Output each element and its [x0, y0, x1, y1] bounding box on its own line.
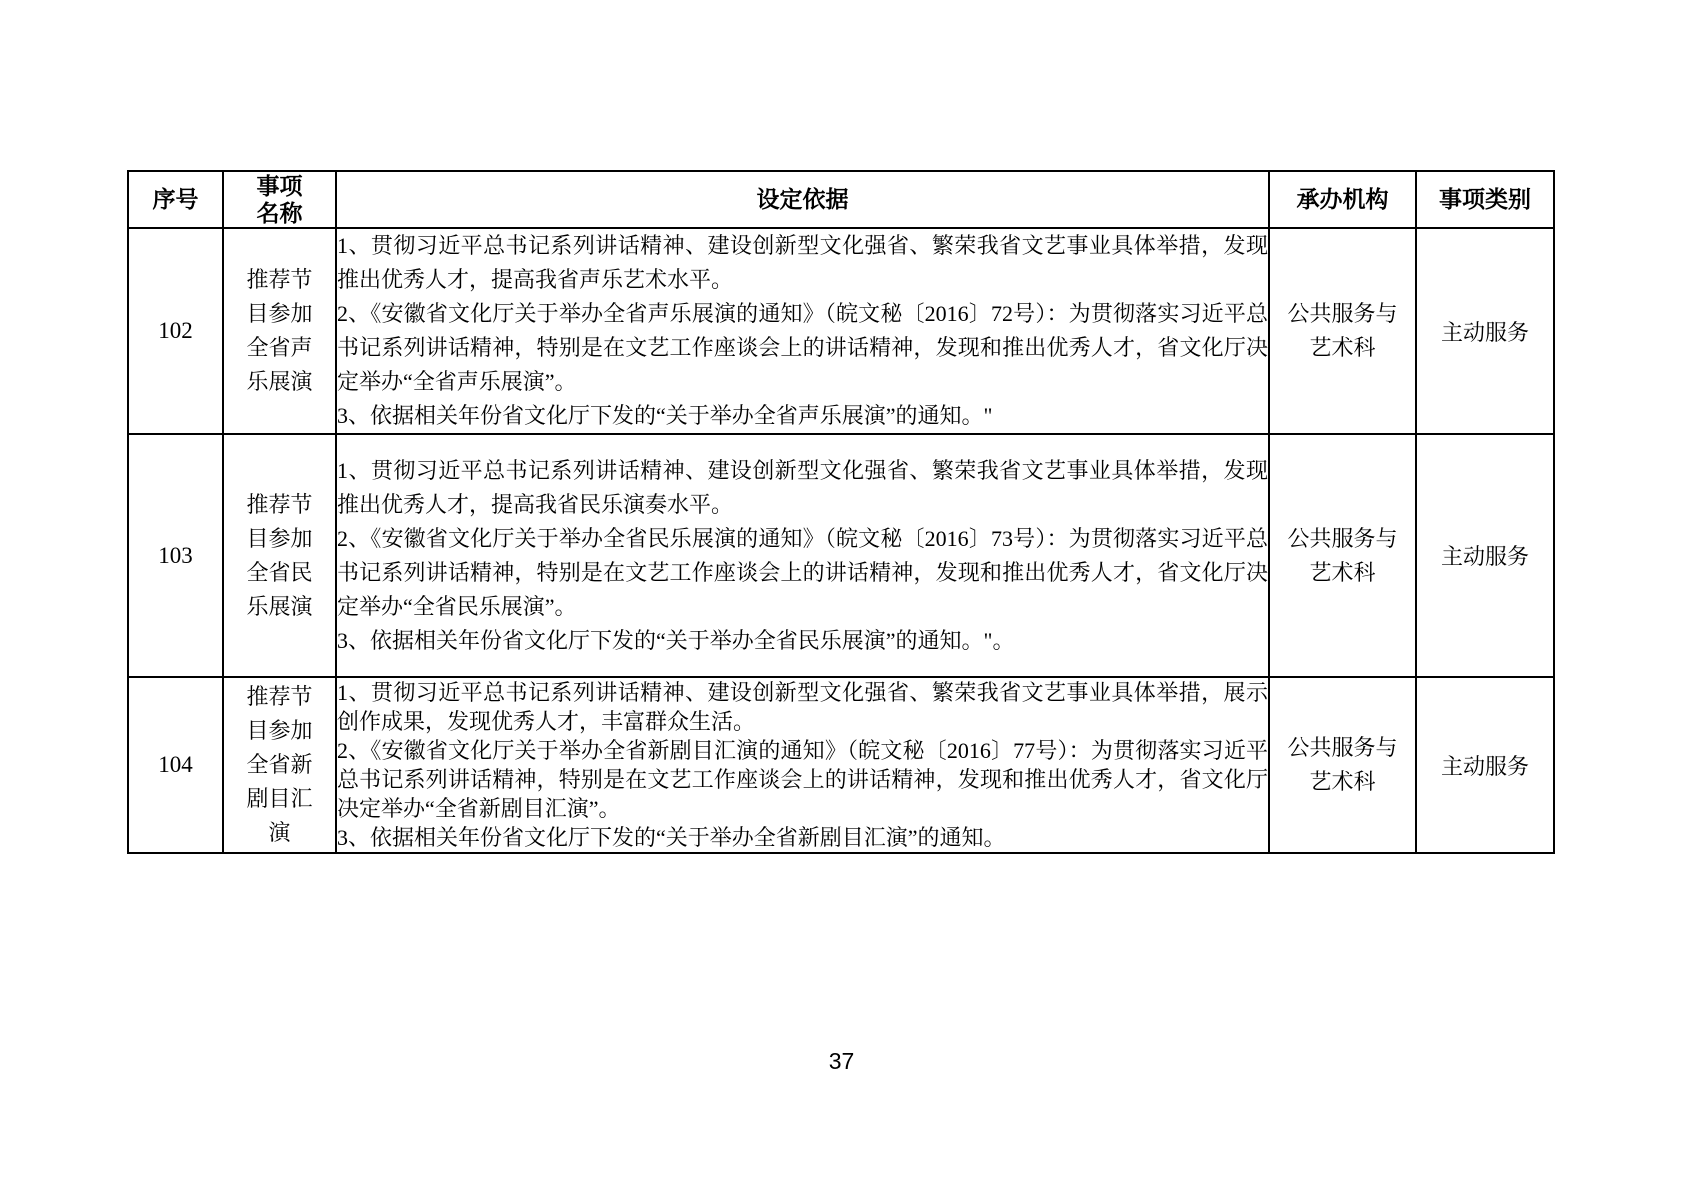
- basis-item-2: 2、《安徽省文化厅关于举办全省新剧目汇演的通知》（皖文秘〔2016〕77号）：为…: [337, 736, 1268, 823]
- row-basis: 1、贯彻习近平总书记系列讲话精神、建设创新型文化强省、繁荣我省文艺事业具体举措，…: [336, 434, 1269, 677]
- item-name-text: 推荐节目参加全省民乐展演: [245, 488, 315, 624]
- row-org: 公共服务与艺术科: [1269, 228, 1416, 434]
- basis-item-1: 1、贯彻习近平总书记系列讲话精神、建设创新型文化强省、繁荣我省文艺事业具体举措，…: [337, 678, 1268, 736]
- basis-item-3: 3、依据相关年份省文化厅下发的“关于举办全省声乐展演”的通知。": [337, 399, 1268, 433]
- table-header-row: 序号 事项名称 设定依据 承办机构 事项类别: [128, 171, 1554, 228]
- basis-item-1: 1、贯彻习近平总书记系列讲话精神、建设创新型文化强省、繁荣我省文艺事业具体举措，…: [337, 454, 1268, 522]
- row-category: 主动服务: [1416, 677, 1554, 853]
- header-item-name-label: 事项名称: [254, 173, 306, 227]
- row-index: 103: [128, 434, 223, 677]
- page-number: 37: [0, 1048, 1683, 1075]
- table-row: 102 推荐节目参加全省声乐展演 1、贯彻习近平总书记系列讲话精神、建设创新型文…: [128, 228, 1554, 434]
- basis-item-3: 3、依据相关年份省文化厅下发的“关于举办全省民乐展演”的通知。"。: [337, 624, 1268, 658]
- org-text: 公共服务与艺术科: [1286, 297, 1400, 365]
- row-basis: 1、贯彻习近平总书记系列讲话精神、建设创新型文化强省、繁荣我省文艺事业具体举措，…: [336, 228, 1269, 434]
- org-text: 公共服务与艺术科: [1286, 522, 1400, 590]
- table-row: 103 推荐节目参加全省民乐展演 1、贯彻习近平总书记系列讲话精神、建设创新型文…: [128, 434, 1554, 677]
- row-item-name: 推荐节目参加全省声乐展演: [223, 228, 336, 434]
- header-basis: 设定依据: [336, 171, 1269, 228]
- row-org: 公共服务与艺术科: [1269, 434, 1416, 677]
- row-category: 主动服务: [1416, 228, 1554, 434]
- row-index: 104: [128, 677, 223, 853]
- org-text: 公共服务与艺术科: [1286, 731, 1400, 799]
- item-name-text: 推荐节目参加全省声乐展演: [245, 263, 315, 399]
- basis-item-2: 2、《安徽省文化厅关于举办全省民乐展演的通知》（皖文秘〔2016〕73号）：为贯…: [337, 522, 1268, 624]
- header-item-name: 事项名称: [223, 171, 336, 228]
- row-item-name: 推荐节目参加全省民乐展演: [223, 434, 336, 677]
- header-index: 序号: [128, 171, 223, 228]
- items-table: 序号 事项名称 设定依据 承办机构 事项类别 102 推荐节目参加全省声乐展演 …: [127, 170, 1555, 854]
- basis-item-1: 1、贯彻习近平总书记系列讲话精神、建设创新型文化强省、繁荣我省文艺事业具体举措，…: [337, 229, 1268, 297]
- row-basis: 1、贯彻习近平总书记系列讲话精神、建设创新型文化强省、繁荣我省文艺事业具体举措，…: [336, 677, 1269, 853]
- table-row: 104 推荐节目参加全省新剧目汇演 1、贯彻习近平总书记系列讲话精神、建设创新型…: [128, 677, 1554, 853]
- header-category: 事项类别: [1416, 171, 1554, 228]
- header-org: 承办机构: [1269, 171, 1416, 228]
- row-category: 主动服务: [1416, 434, 1554, 677]
- row-item-name: 推荐节目参加全省新剧目汇演: [223, 677, 336, 853]
- row-index: 102: [128, 228, 223, 434]
- basis-item-2: 2、《安徽省文化厅关于举办全省声乐展演的通知》（皖文秘〔2016〕72号）：为贯…: [337, 297, 1268, 399]
- basis-item-3: 3、依据相关年份省文化厅下发的“关于举办全省新剧目汇演”的通知。: [337, 823, 1268, 852]
- item-name-text: 推荐节目参加全省新剧目汇演: [245, 680, 315, 850]
- row-org: 公共服务与艺术科: [1269, 677, 1416, 853]
